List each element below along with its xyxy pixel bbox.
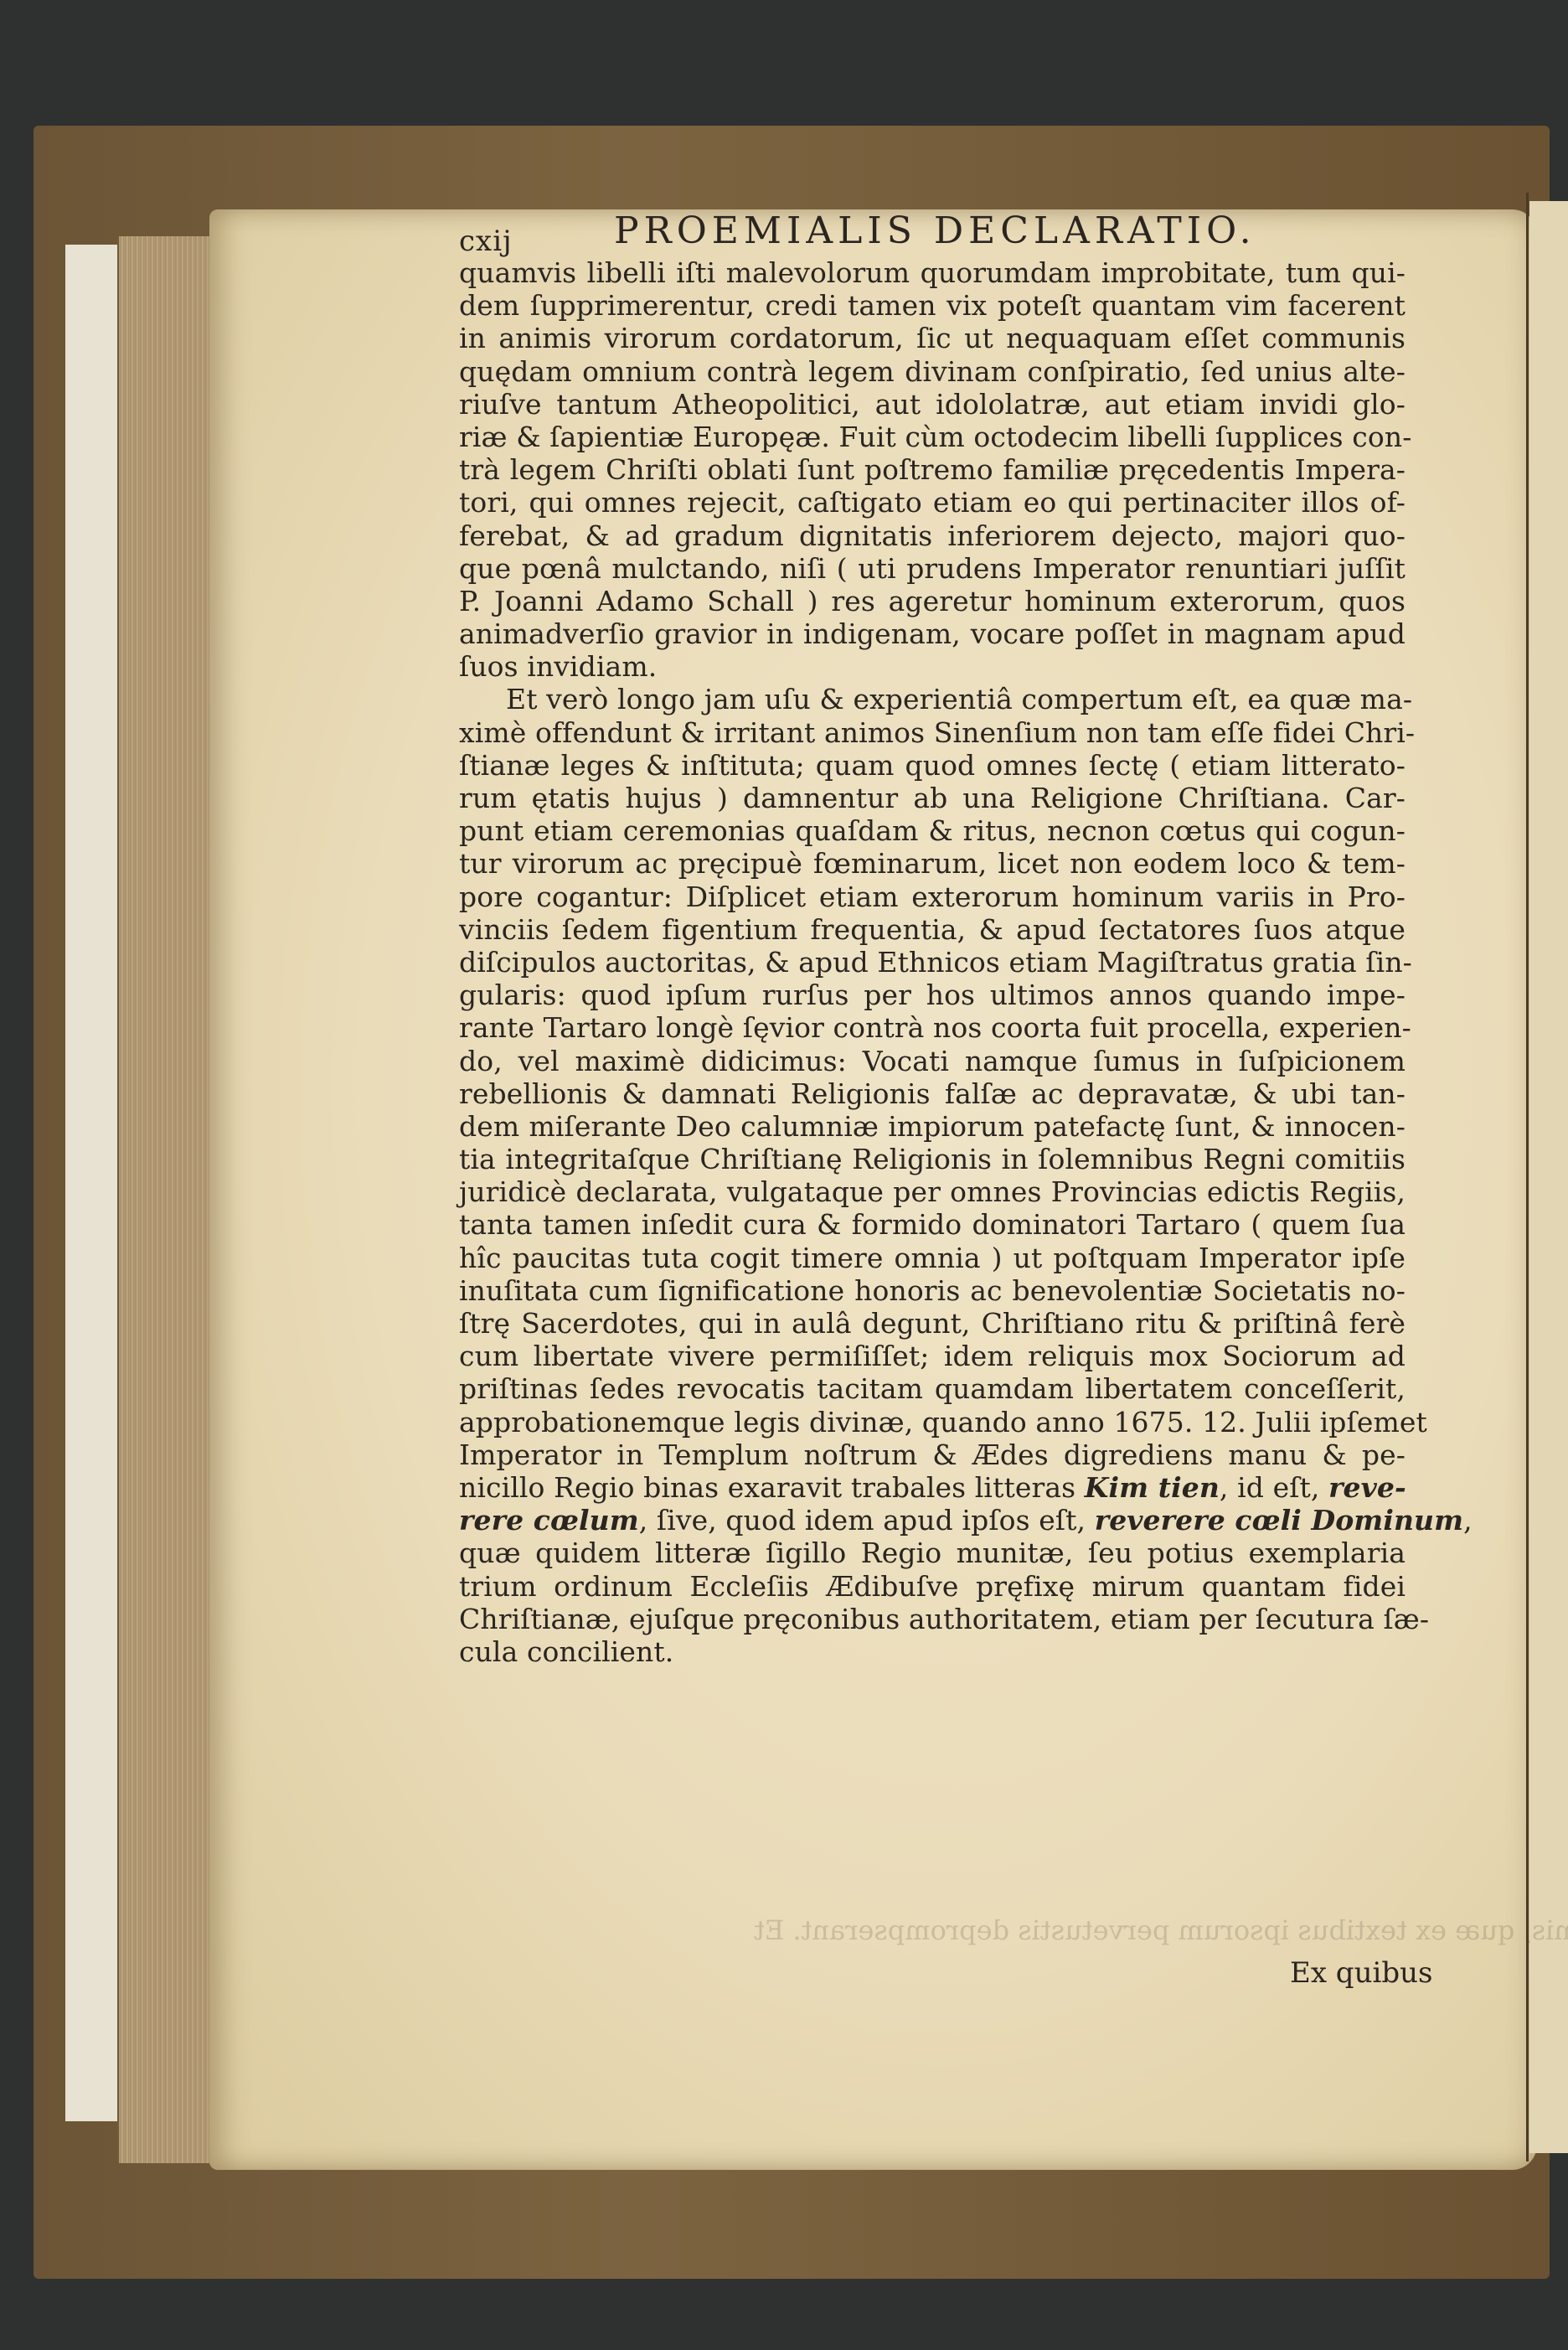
text-line: in animis virorum cordatorum, ſic ut neq… xyxy=(459,322,1406,354)
bleed-through-text: potissimis, quæ ex textibus ipsorum perv… xyxy=(754,1914,1568,1946)
text-line: que pœnâ mulctando, niſi ( uti prudens I… xyxy=(459,552,1406,585)
facing-page-edge xyxy=(1529,201,1568,2153)
paragraph-2: Et verò longo jam uſu & experientiâ comp… xyxy=(459,683,1406,1668)
text-line: inuſitata cum ſignificatione honoris ac … xyxy=(459,1274,1406,1307)
text-line: dem ſupprimerentur, credi tamen vix pote… xyxy=(459,289,1406,322)
text-line: approbationemque legis divinæ, quando an… xyxy=(459,1406,1406,1438)
text-line: quamvis libelli iſti malevolorum quorumd… xyxy=(459,256,1406,289)
text-span: nicillo Regio binas exaravit trabales li… xyxy=(459,1471,1085,1504)
italic-chinese-term: Kim tien xyxy=(1085,1471,1220,1504)
text-line: tanta tamen inſedit cura & formido domin… xyxy=(459,1208,1406,1241)
text-span: , ſive, quod idem apud ipſos eſt, xyxy=(639,1504,1095,1537)
catchword: Ex quibus xyxy=(1290,1956,1432,1990)
text-line: trà legem Chriſti oblati ſunt poſtremo f… xyxy=(459,453,1406,486)
text-line: cum libertate vivere permiſiſſet; idem r… xyxy=(459,1340,1406,1372)
page-edges xyxy=(117,236,215,2163)
text-line: ferebat, & ad gradum dignitatis inferior… xyxy=(459,519,1406,552)
text-line: riuſve tantum Atheopolitici, aut idolola… xyxy=(459,388,1406,421)
text-line: do, vel maximè didicimus: Vocati namque … xyxy=(459,1045,1406,1077)
text-line: priſtinas ſedes revocatis tacitam quamda… xyxy=(459,1372,1406,1405)
italic-translation: rere cœlum xyxy=(459,1504,639,1537)
running-title: PROEMIALIS DECLARATIO. xyxy=(614,209,1256,252)
text-line: P. Joanni Adamo Schall ) res ageretur ho… xyxy=(459,585,1406,617)
italic-translation: reverere cœli Dominum xyxy=(1095,1504,1463,1537)
text-line: pore cogantur: Diſplicet etiam exterorum… xyxy=(459,881,1406,913)
italic-translation: reve- xyxy=(1328,1471,1406,1504)
text-span: , xyxy=(1463,1504,1473,1537)
text-line: ſuos invidiam. xyxy=(459,650,1406,683)
text-line: Imperator in Templum noſtrum & Ædes digr… xyxy=(459,1438,1406,1471)
text-line: cula concilient. xyxy=(459,1635,1406,1668)
text-line: rante Tartaro longè ſęvior contrà nos co… xyxy=(459,1011,1406,1044)
text-line: rebellionis & damnati Religionis falſæ a… xyxy=(459,1077,1406,1110)
text-line: hîc paucitas tuta cogit timere omnia ) u… xyxy=(459,1242,1406,1274)
paragraph-1: quamvis libelli iſti malevolorum quorumd… xyxy=(459,256,1406,683)
text-span: , id eſt, xyxy=(1220,1471,1328,1504)
text-line: quæ quidem litteræ ſigillo Regio munitæ,… xyxy=(459,1537,1406,1569)
text-line: juridicè declarata, vulgataque per omnes… xyxy=(459,1175,1406,1208)
text-line-revere: rere cœlum, ſive, quod idem apud ipſos e… xyxy=(459,1504,1406,1537)
text-line: punt etiam ceremonias quaſdam & ritus, n… xyxy=(459,814,1406,847)
text-line: ſtrę Sacerdotes, qui in aulâ degunt, Chr… xyxy=(459,1307,1406,1340)
text-line: rum ętatis hujus ) damnentur ab una Reli… xyxy=(459,782,1406,814)
page-fold xyxy=(1526,193,1529,2161)
flyleaf xyxy=(65,245,119,2121)
text-line-kim-tien: nicillo Regio binas exaravit trabales li… xyxy=(459,1471,1406,1504)
text-line: trium ordinum Eccleſiis Ædibuſve pręfixę… xyxy=(459,1570,1406,1603)
running-head: cxij PROEMIALIS DECLARATIO. xyxy=(459,209,1406,256)
text-line: quędam omnium contrà legem divinam conſp… xyxy=(459,355,1406,388)
text-line: tur virorum ac pręcipuè fœminarum, licet… xyxy=(459,847,1406,880)
text-line: diſcipulos auctoritas, & apud Ethnicos e… xyxy=(459,946,1406,979)
text-block: cxij PROEMIALIS DECLARATIO. quamvis libe… xyxy=(459,209,1406,1668)
text-line: Chriſtianæ, ejuſque pręconibus authorita… xyxy=(459,1603,1406,1635)
text-line: ſtianæ leges & inſtituta; quam quod omne… xyxy=(459,749,1406,782)
text-line: gularis: quod ipſum rurſus per hos ultim… xyxy=(459,979,1406,1011)
page-number: cxij xyxy=(459,225,513,258)
text-line: tia integritaſque Chriſtianę Religionis … xyxy=(459,1143,1406,1175)
text-line: tori, qui omnes rejecit, caſtigato etiam… xyxy=(459,486,1406,519)
text-line: ximè offendunt & irritant animos Sinenſi… xyxy=(459,716,1406,749)
text-line: riæ & ſapientiæ Europęæ. Fuit cùm octode… xyxy=(459,421,1406,453)
text-line: Et verò longo jam uſu & experientiâ comp… xyxy=(459,683,1406,715)
text-line: dem miſerante Deo calumniæ impiorum pate… xyxy=(459,1110,1406,1143)
text-line: vinciis ſedem figentium frequentia, & ap… xyxy=(459,913,1406,946)
text-line: animadverſio gravior in indigenam, vocar… xyxy=(459,617,1406,650)
